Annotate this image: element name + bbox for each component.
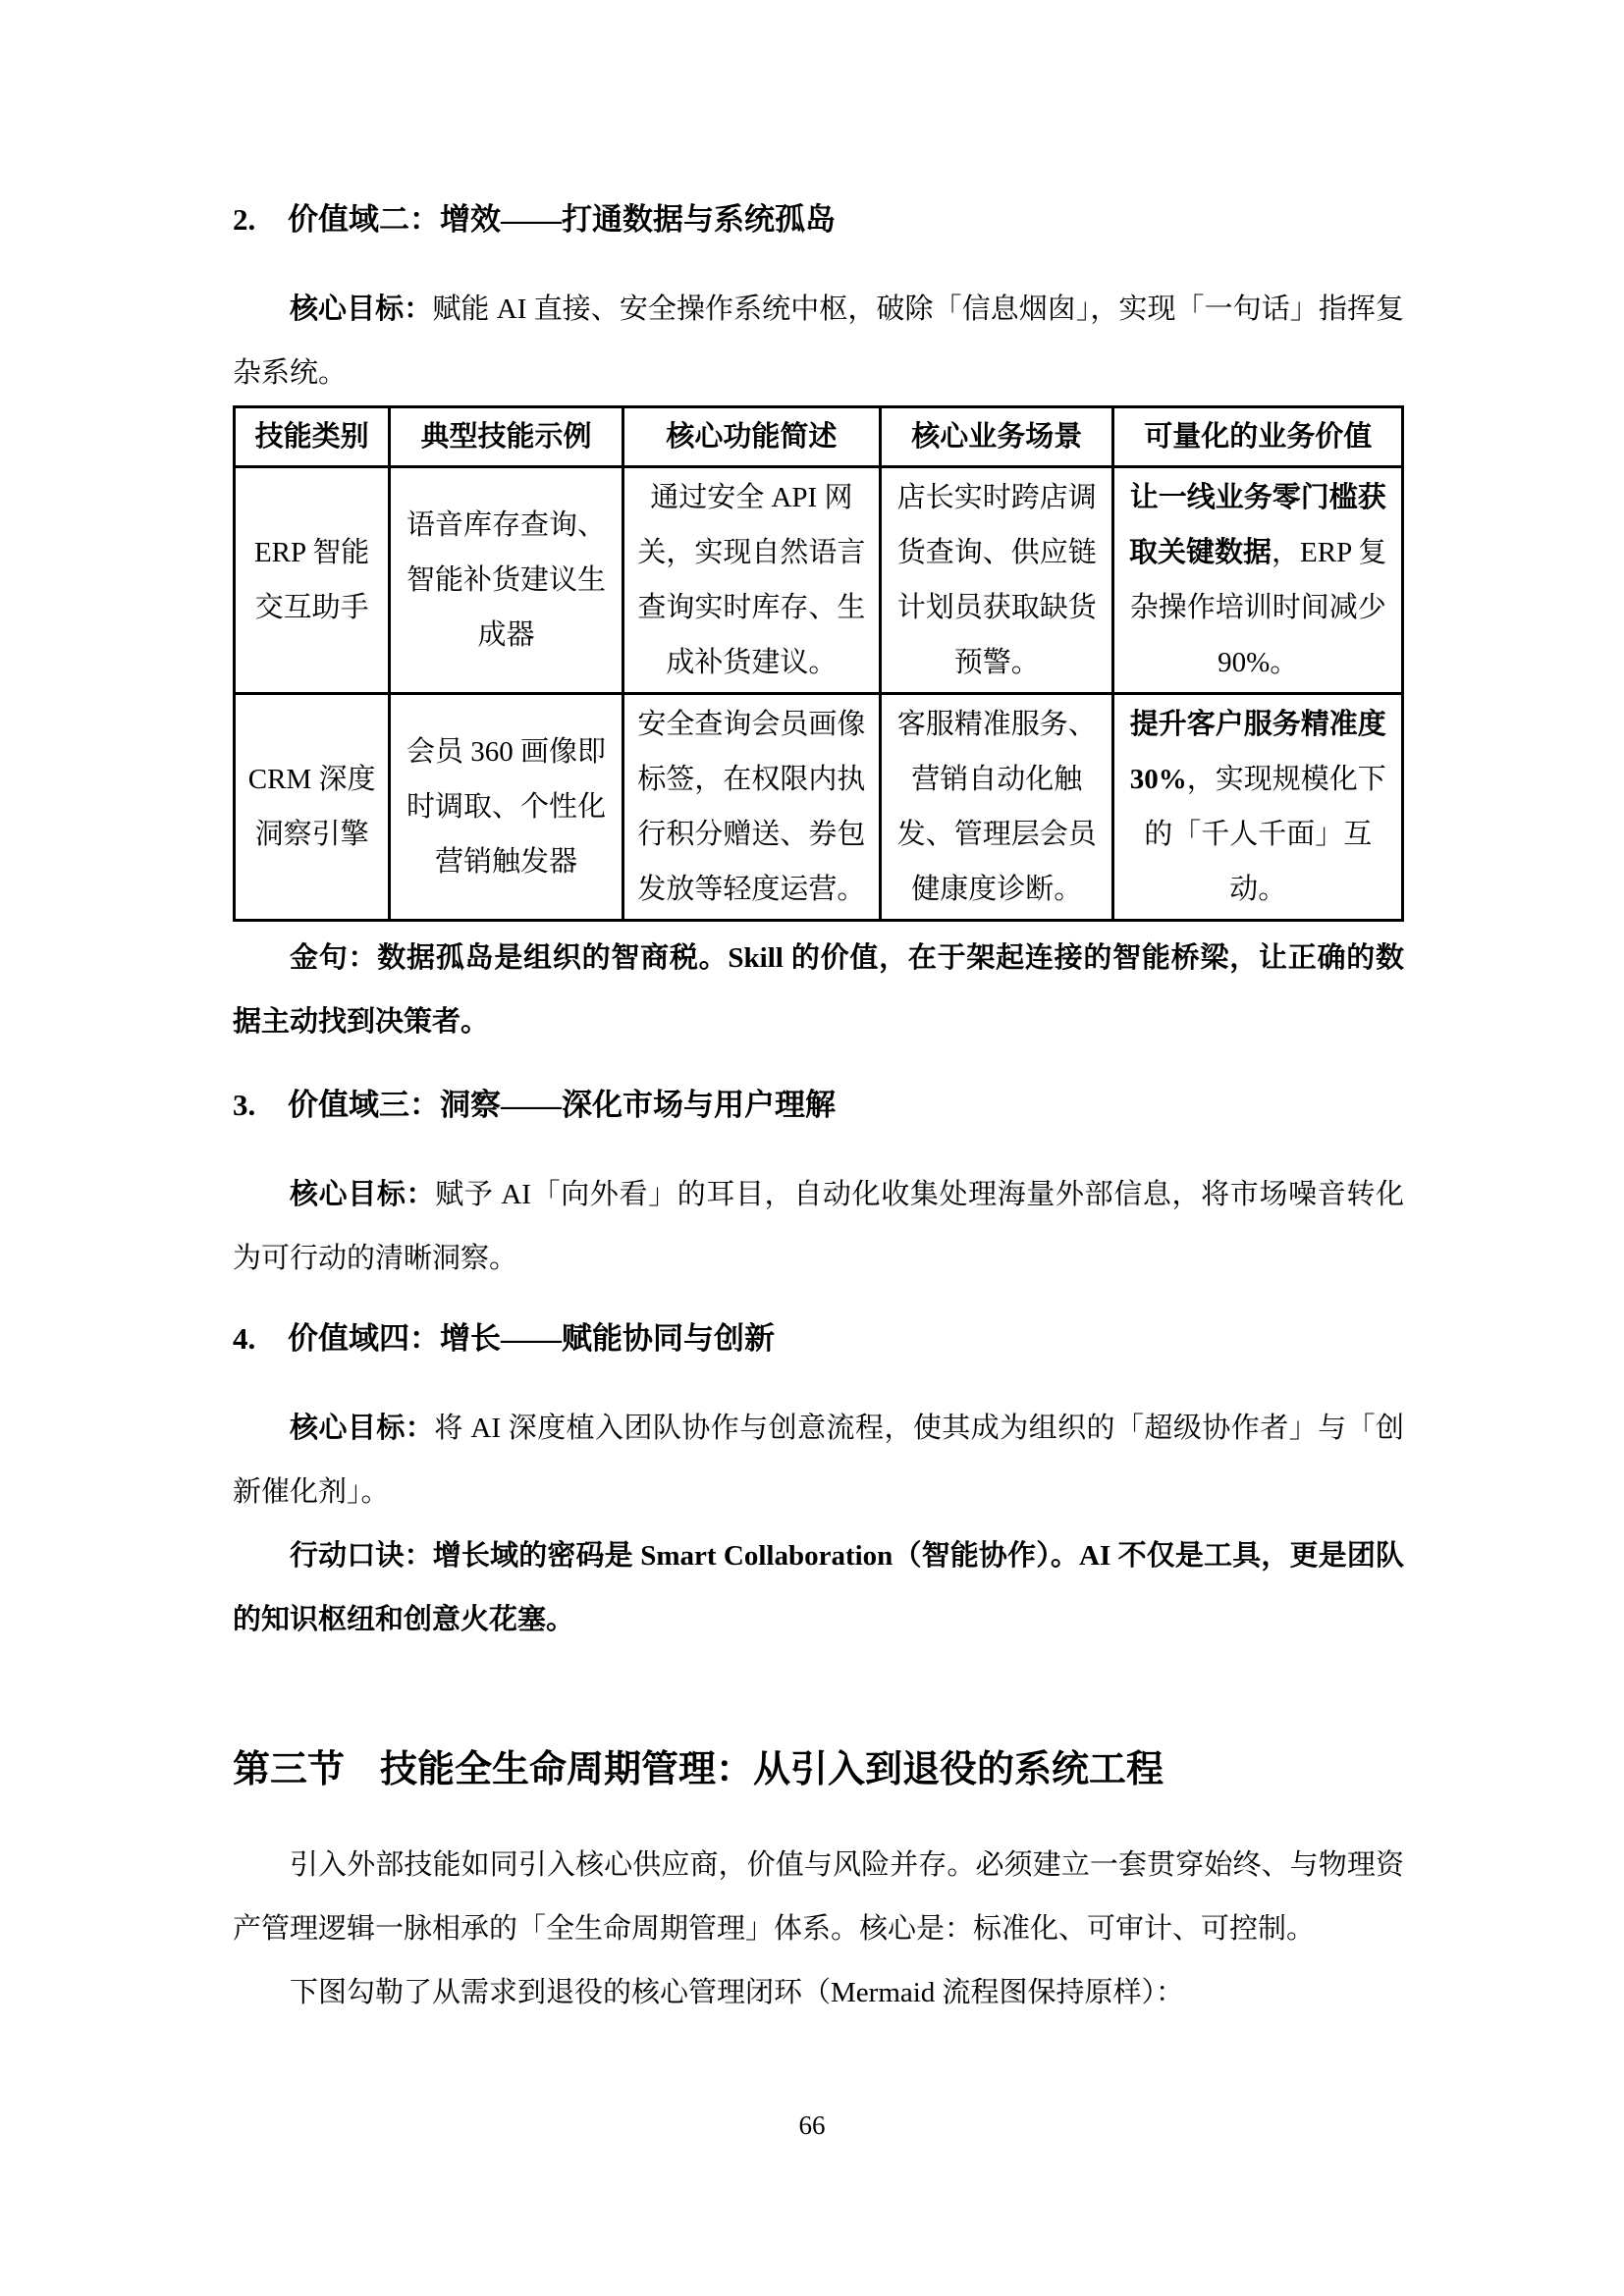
heading-value-domain-3: 3.价值域三：洞察——深化市场与用户理解 <box>233 1087 1404 1124</box>
cell-function: 安全查询会员画像标签，在权限内执行积分赠送、券包发放等轻度运营。 <box>623 694 880 921</box>
paragraph-core-goal-2: 核心目标：赋能 AI 直接、安全操作系统中枢，破除「信息烟囱」，实现「一句话」指… <box>233 278 1404 405</box>
paragraph-label: 核心目标： <box>290 294 432 325</box>
cell-value: 让一线业务零门槛获取关键数据，ERP 复杂操作培训时间减少 90%。 <box>1113 467 1403 694</box>
heading-title: 价值域四：增长——赋能协同与创新 <box>288 1321 775 1356</box>
heading-number: 3. <box>233 1087 288 1124</box>
cell-category: ERP 智能交互助手 <box>235 467 390 694</box>
paragraph-label: 核心目标： <box>290 1179 435 1210</box>
heading-title: 价值域三：洞察——深化市场与用户理解 <box>288 1088 836 1122</box>
cell-scenario: 店长实时跨店调货查询、供应链计划员获取缺货预警。 <box>881 467 1113 694</box>
header-business-scene: 核心业务场景 <box>881 407 1113 467</box>
paragraph-text: 数据孤岛是组织的智商税。Skill 的价值，在于架起连接的智能桥梁，让正确的数据… <box>233 942 1404 1038</box>
header-skill-category: 技能类别 <box>235 407 390 467</box>
heading-value-domain-2: 2.价值域二：增效——打通数据与系统孤岛 <box>233 201 1404 239</box>
table-row-erp: ERP 智能交互助手 语音库存查询、智能补货建议生成器 通过安全 API 网关，… <box>235 467 1403 694</box>
cell-example: 会员 360 画像即时调取、个性化营销触发器 <box>390 694 623 921</box>
header-skill-example: 典型技能示例 <box>390 407 623 467</box>
header-core-function: 核心功能简述 <box>623 407 880 467</box>
section-number: 第三节 <box>233 1745 380 1794</box>
heading-title: 价值域二：增效——打通数据与系统孤岛 <box>288 202 836 237</box>
page-number: 66 <box>0 2110 1624 2141</box>
section-title: 技能全生命周期管理：从引入到退役的系统工程 <box>380 1749 1164 1790</box>
page-content: 2.价值域二：增效——打通数据与系统孤岛 核心目标：赋能 AI 直接、安全操作系… <box>0 0 1624 2025</box>
paragraph-gold-quote: 金句：数据孤岛是组织的智商税。Skill 的价值，在于架起连接的智能桥梁，让正确… <box>233 927 1404 1054</box>
paragraph-label: 金句： <box>290 942 377 974</box>
paragraph-label: 行动口诀： <box>290 1540 433 1572</box>
header-business-value: 可量化的业务价值 <box>1113 407 1403 467</box>
table-row-crm: CRM 深度洞察引擎 会员 360 画像即时调取、个性化营销触发器 安全查询会员… <box>235 694 1403 921</box>
cell-scenario: 客服精准服务、营销自动化触发、管理层会员健康度诊断。 <box>881 694 1113 921</box>
cell-value: 提升客户服务精准度 30%，实现规模化下的「千人千面」互动。 <box>1113 694 1403 921</box>
heading-number: 4. <box>233 1320 288 1358</box>
cell-example: 语音库存查询、智能补货建议生成器 <box>390 467 623 694</box>
skill-value-table: 技能类别 典型技能示例 核心功能简述 核心业务场景 可量化的业务价值 ERP 智… <box>233 405 1404 922</box>
paragraph-core-goal-4: 核心目标：将 AI 深度植入团队协作与创意流程，使其成为组织的「超级协作者」与「… <box>233 1397 1404 1524</box>
heading-section-3: 第三节技能全生命周期管理：从引入到退役的系统工程 <box>233 1745 1404 1794</box>
paragraph-label: 核心目标： <box>290 1413 434 1444</box>
paragraph-core-goal-3: 核心目标：赋予 AI「向外看」的耳目，自动化收集处理海量外部信息，将市场噪音转化… <box>233 1163 1404 1291</box>
paragraph-diagram-note: 下图勾勒了从需求到退役的核心管理闭环（Mermaid 流程图保持原样）： <box>233 1961 1404 2025</box>
paragraph-lifecycle-intro: 引入外部技能如同引入核心供应商，价值与风险并存。必须建立一套贯穿始终、与物理资产… <box>233 1834 1404 1961</box>
heading-value-domain-4: 4.价值域四：增长——赋能协同与创新 <box>233 1320 1404 1358</box>
document-page: 2.价值域二：增效——打通数据与系统孤岛 核心目标：赋能 AI 直接、安全操作系… <box>0 0 1624 2296</box>
heading-number: 2. <box>233 201 288 239</box>
table-header-row: 技能类别 典型技能示例 核心功能简述 核心业务场景 可量化的业务价值 <box>235 407 1403 467</box>
cell-category: CRM 深度洞察引擎 <box>235 694 390 921</box>
paragraph-action-motto: 行动口诀：增长域的密码是 Smart Collaboration（智能协作）。A… <box>233 1524 1404 1652</box>
cell-function: 通过安全 API 网关，实现自然语言查询实时库存、生成补货建议。 <box>623 467 880 694</box>
